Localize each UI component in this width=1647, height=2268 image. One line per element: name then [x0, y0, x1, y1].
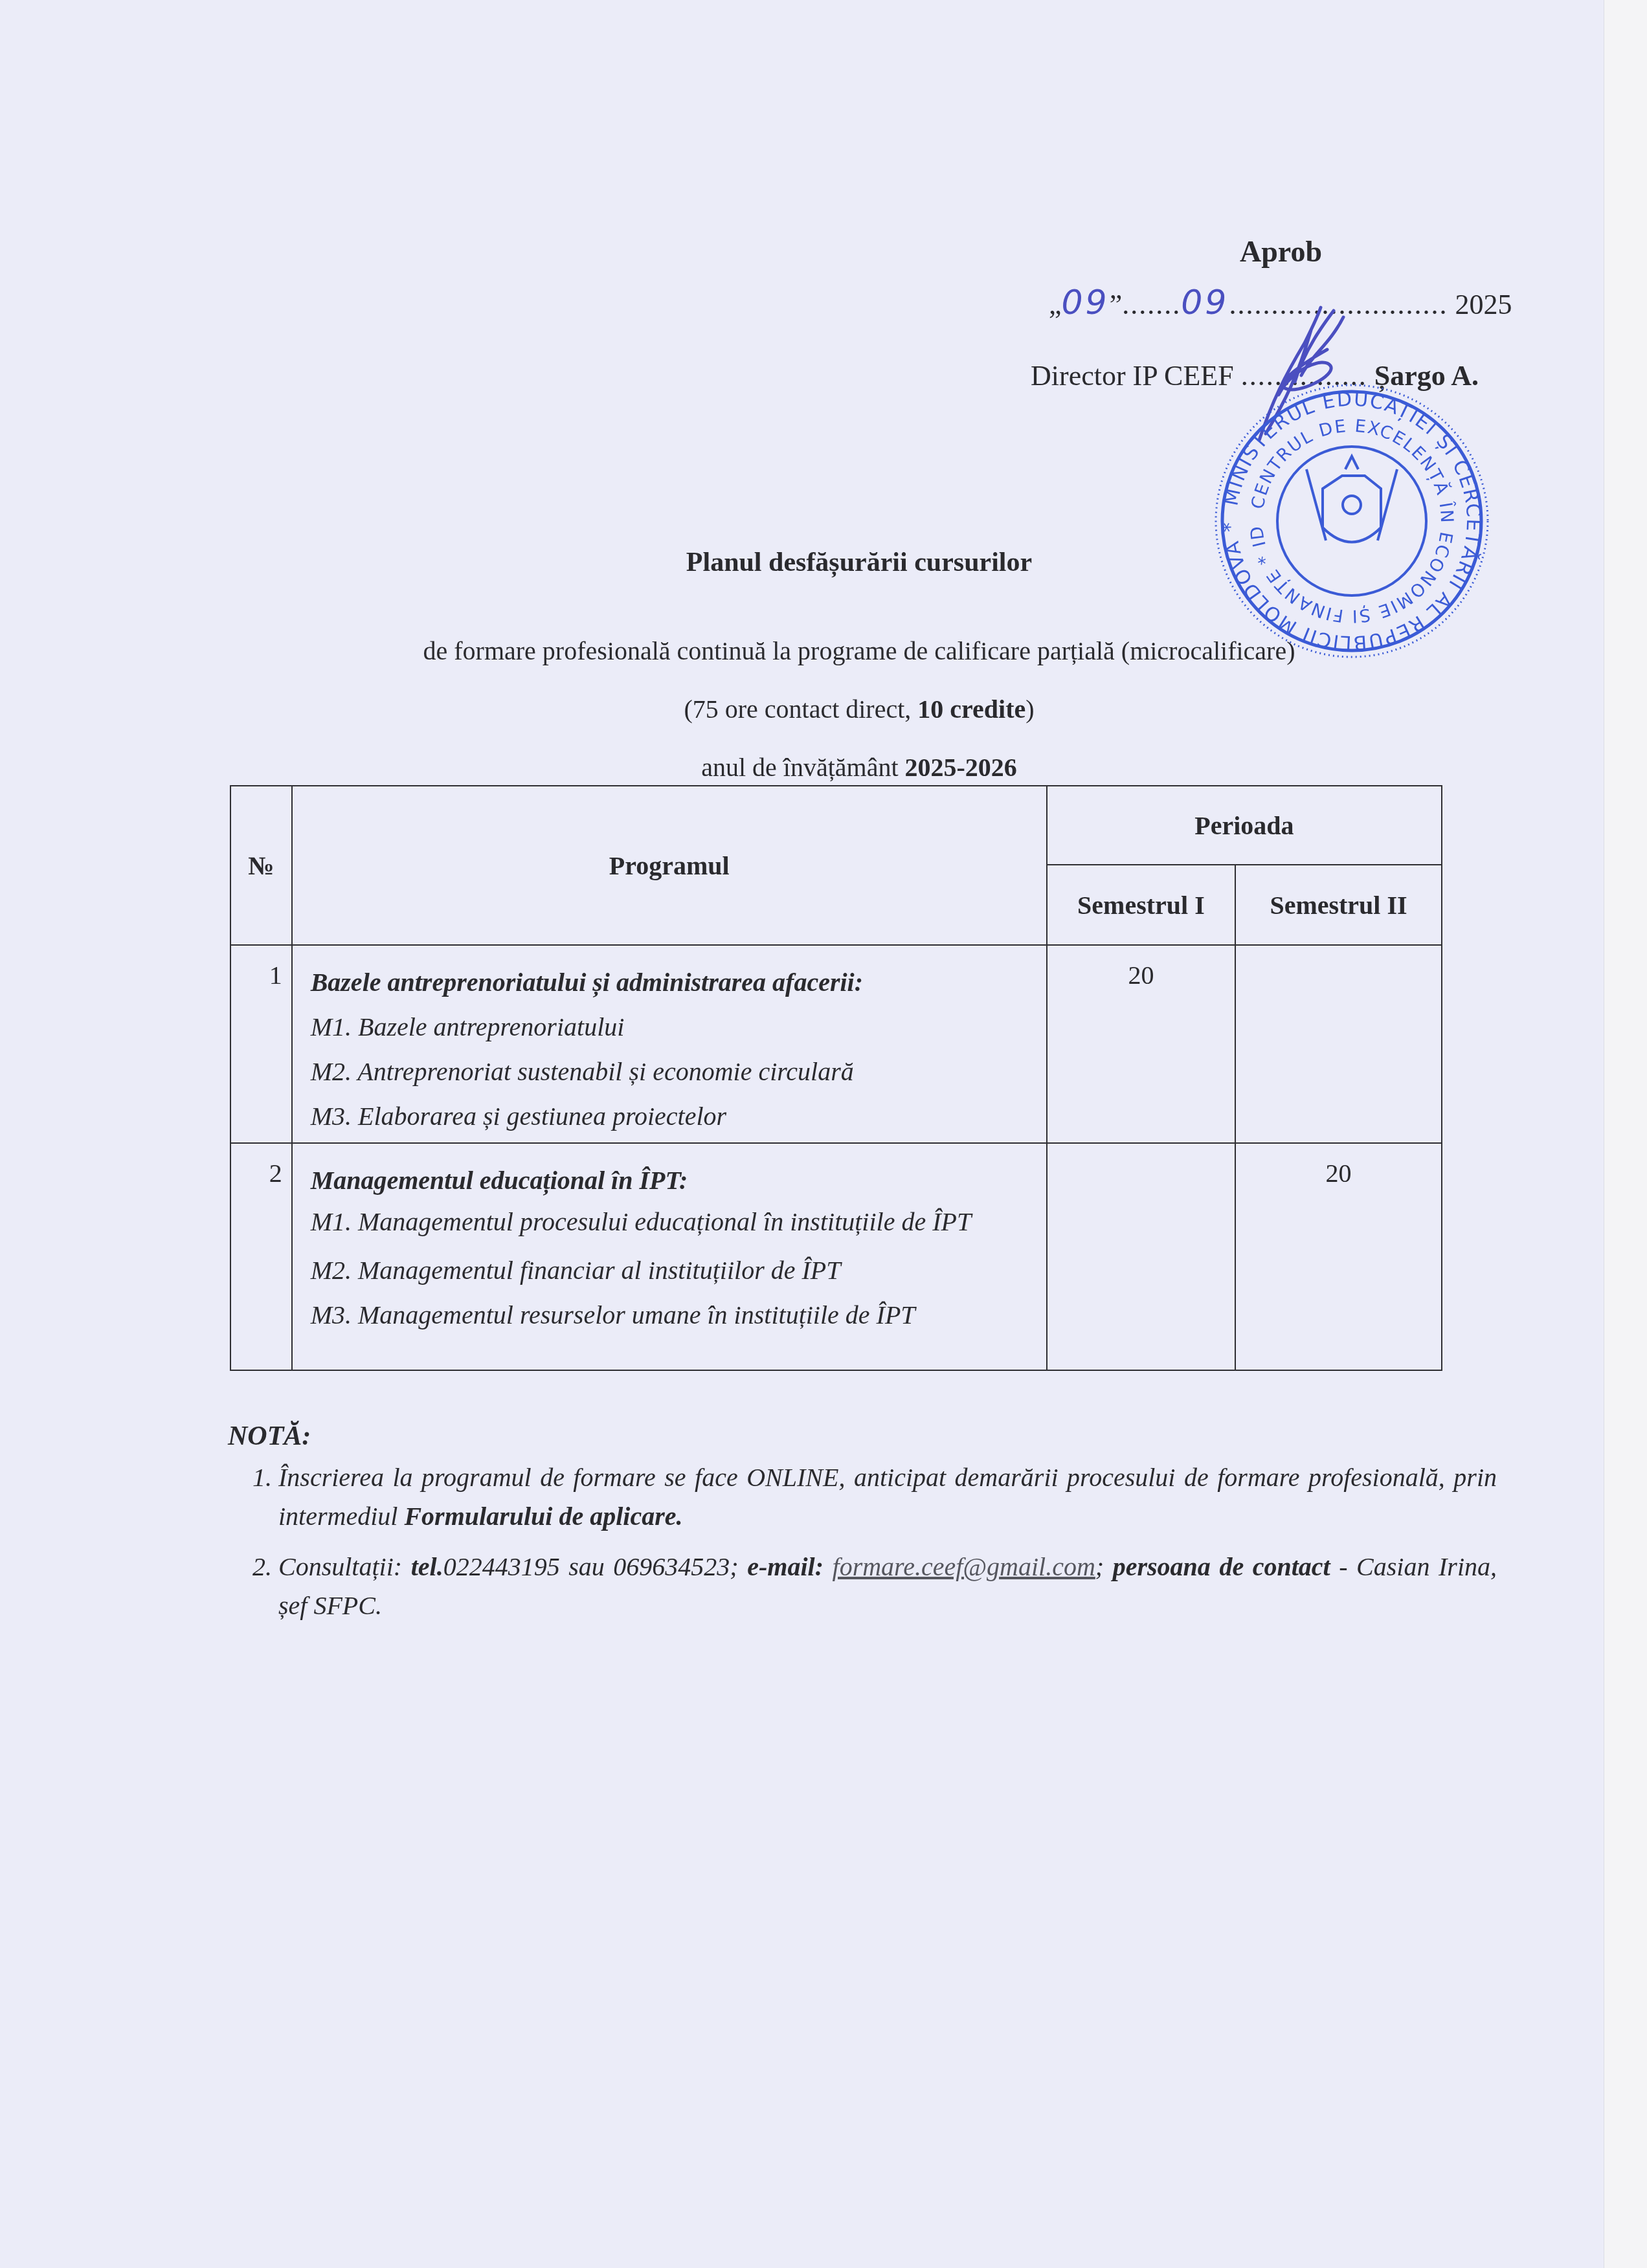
sem1-value: 20: [1047, 945, 1235, 1143]
hours-text: (75 ore contact direct,: [684, 695, 917, 724]
col-period-header: Perioada: [1047, 786, 1442, 865]
handwritten-month: 09: [1181, 283, 1229, 322]
open-quote: „: [1049, 289, 1062, 320]
col-sem2-header: Semestrul II: [1235, 865, 1442, 945]
official-stamp-icon: MINISTERUL EDUCAȚIEI ȘI CERCETĂRII AL RE…: [1209, 379, 1494, 663]
notes-section: NOTĂ: Înscrierea la programul de formare…: [228, 1421, 1497, 1637]
year-label: anul de învățământ: [701, 753, 904, 782]
col-sem1-header: Semestrul I: [1047, 865, 1235, 945]
note-item: Consultații: tel.022443195 sau 069634523…: [278, 1548, 1497, 1625]
email-label: e-mail:: [747, 1552, 823, 1581]
document-page: Aprob „09”.......09.....................…: [0, 0, 1604, 2268]
module-item: M2. Antreprenoriat sustenabil și economi…: [311, 1049, 1040, 1094]
col-number-header: №: [230, 786, 292, 945]
program-cell: Managementul educațional în ÎPT: M1. Man…: [292, 1143, 1047, 1370]
approval-title: Aprob: [1240, 234, 1322, 269]
table-header-row: № Programul Perioada: [230, 786, 1442, 865]
document-title: Planul desfășurării cursurilor: [0, 547, 1647, 578]
director-position: Director IP CEEF: [1031, 360, 1234, 392]
separator: ;: [1095, 1552, 1113, 1581]
program-title: Bazele antreprenoriatului și administrar…: [311, 960, 1040, 1005]
table-row: 2 Managementul educațional în ÎPT: M1. M…: [230, 1143, 1442, 1370]
sem2-value: [1235, 945, 1442, 1143]
note-item: Înscrierea la programul de formare se fa…: [278, 1458, 1497, 1536]
phone-numbers: 022443195 sau 069634523;: [443, 1552, 748, 1581]
close-quote: ”: [1110, 289, 1123, 320]
application-form-text: Formularului de aplicare.: [404, 1502, 682, 1531]
module-item: M1. Managementul procesului educațional …: [311, 1203, 1040, 1241]
email-link[interactable]: formare.ceef@gmail.com: [833, 1552, 1095, 1581]
credits-text: 10 credite: [917, 695, 1025, 724]
program-title: Managementul educațional în ÎPT:: [311, 1158, 1040, 1203]
program-cell: Bazele antreprenoriatului și administrar…: [292, 945, 1047, 1143]
sem1-value: [1047, 1143, 1235, 1370]
courses-table: № Programul Perioada Semestrul I Semestr…: [230, 785, 1442, 1371]
handwritten-day: 09: [1062, 283, 1110, 322]
module-item: M2. Managementul financiar al instituții…: [311, 1248, 1040, 1293]
approval-year: 2025: [1455, 289, 1512, 320]
contact-label: persoana de contact: [1113, 1552, 1330, 1581]
col-program-header: Programul: [292, 786, 1047, 945]
document-subtitle: de formare profesională continuă la prog…: [0, 636, 1647, 666]
consult-label: Consultații:: [278, 1552, 411, 1581]
year-value: 2025-2026: [905, 753, 1017, 782]
hours-credits: (75 ore contact direct, 10 credite): [0, 694, 1647, 724]
sem2-value: 20: [1235, 1143, 1442, 1370]
row-number: 1: [230, 945, 292, 1143]
notes-title: NOTĂ:: [228, 1421, 1497, 1452]
notes-list: Înscrierea la programul de formare se fa…: [228, 1458, 1497, 1625]
tel-label: tel.: [411, 1552, 443, 1581]
academic-year: anul de învățământ 2025-2026: [0, 752, 1647, 783]
table-row: 1 Bazele antreprenoriatului și administr…: [230, 945, 1442, 1143]
date-dots: .......: [1122, 289, 1181, 320]
row-number: 2: [230, 1143, 292, 1370]
module-item: M3. Managementul resurselor umane în ins…: [311, 1293, 1040, 1337]
hours-close: ): [1025, 695, 1034, 724]
module-item: M1. Bazele antreprenoriatului: [311, 1005, 1040, 1049]
module-item: M3. Elaborarea și gestiunea proiectelor: [311, 1094, 1040, 1139]
